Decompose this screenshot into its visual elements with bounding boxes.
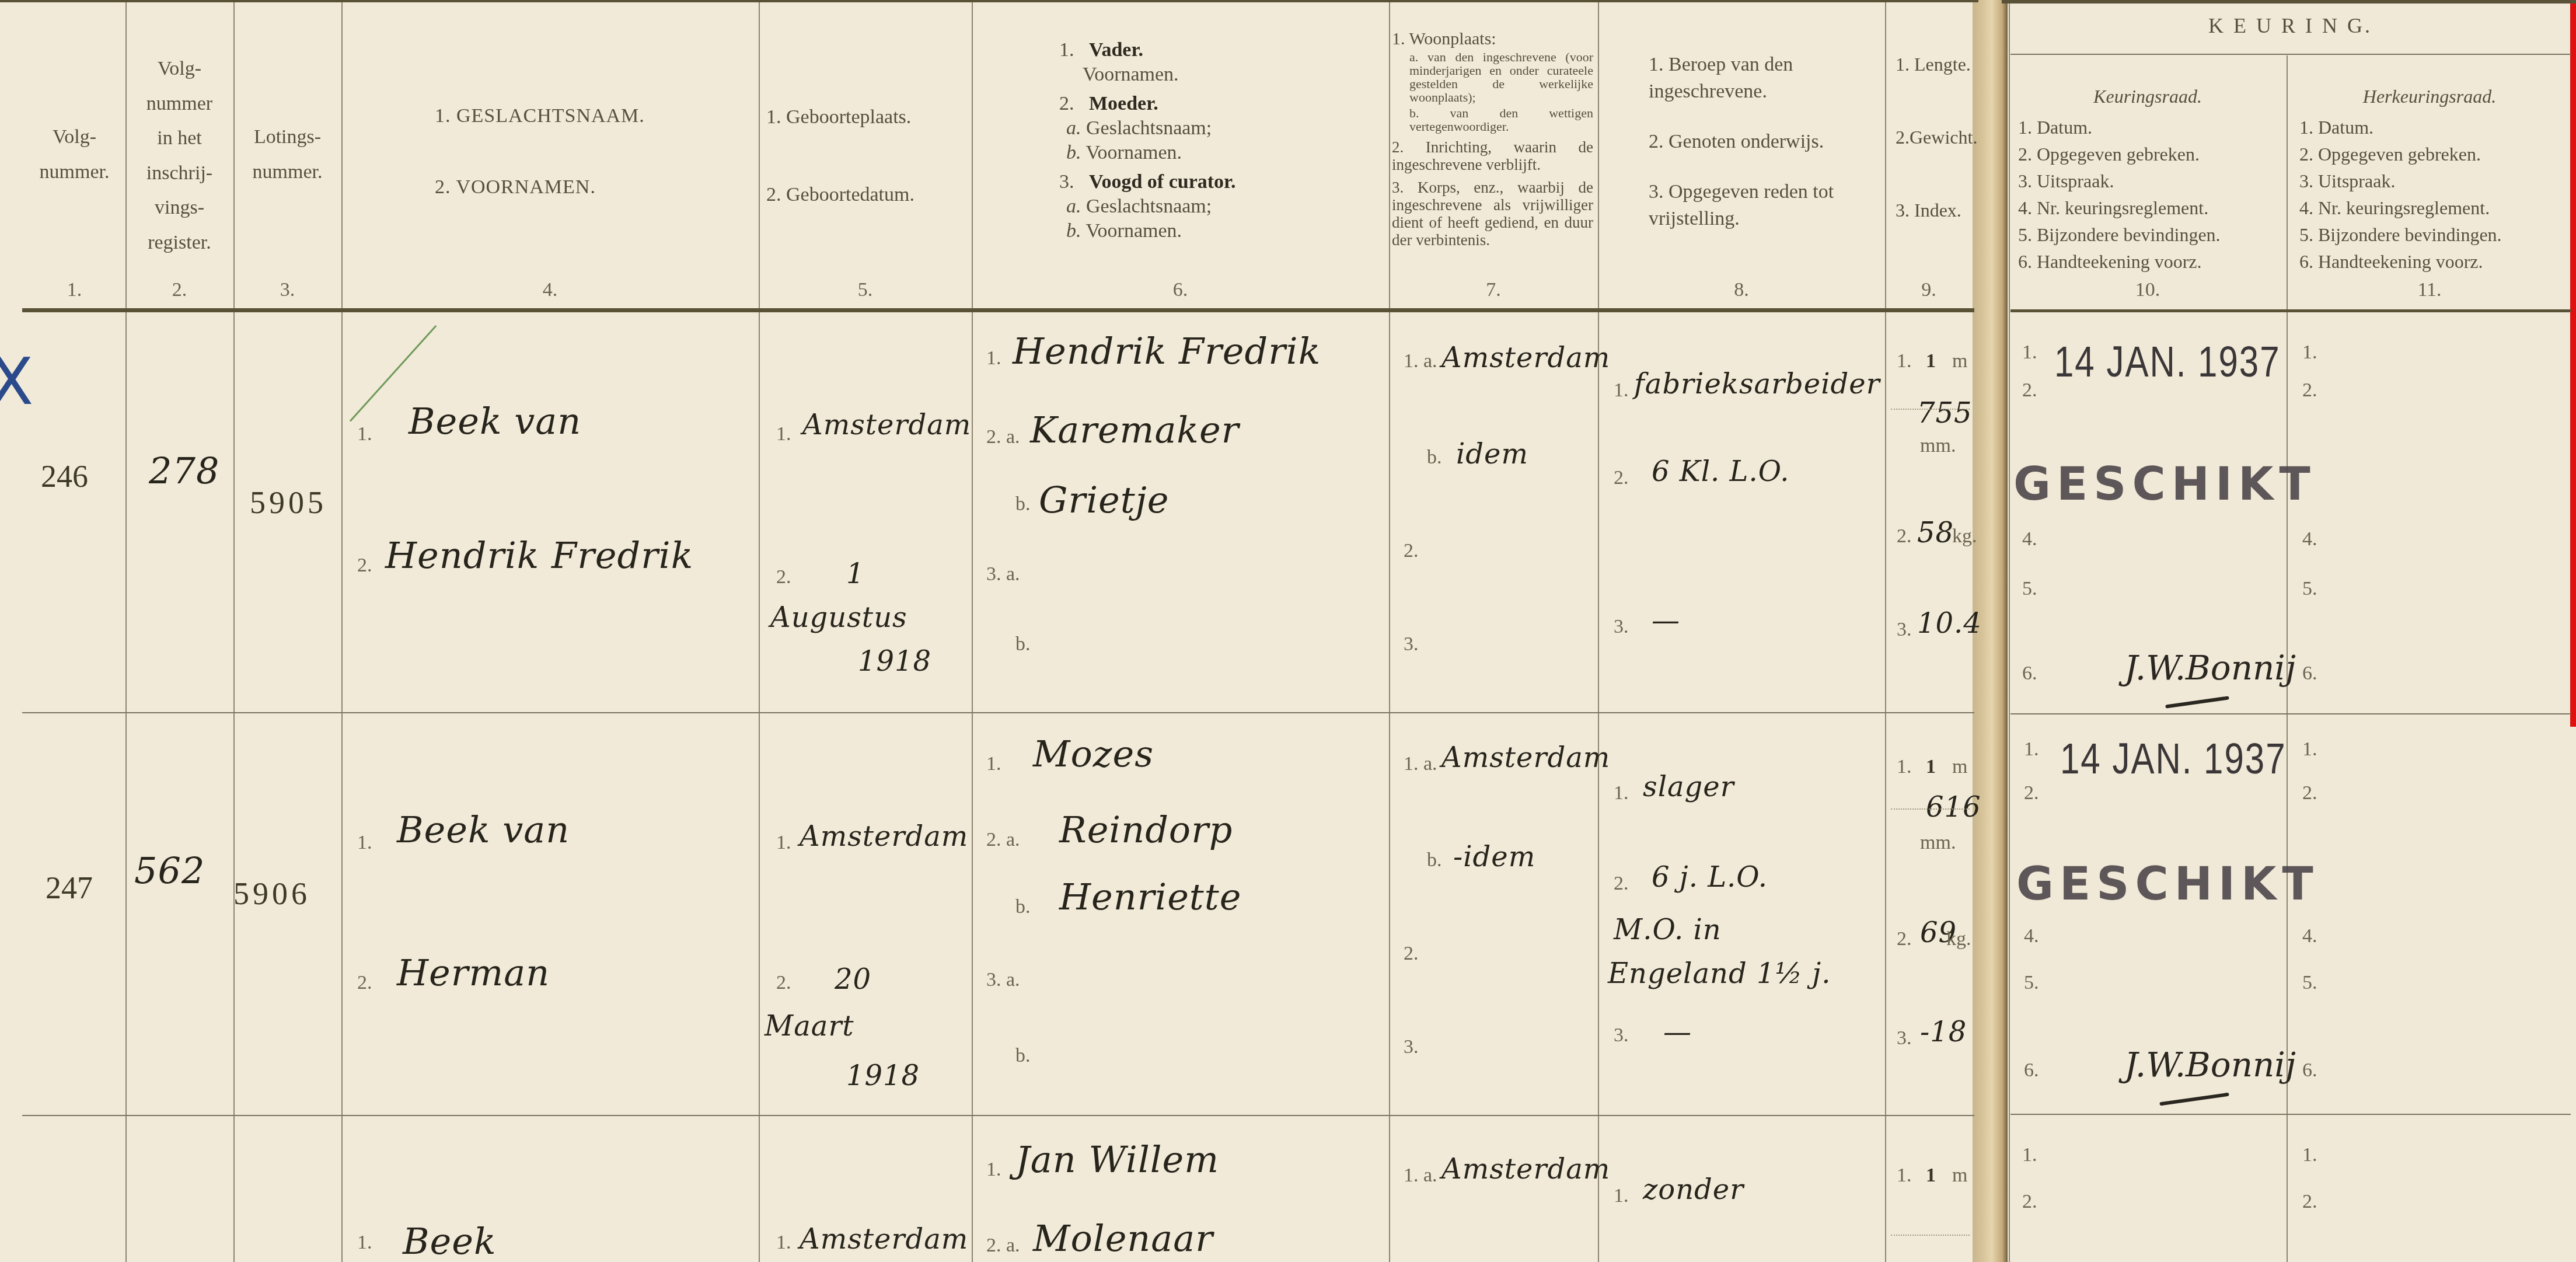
field-label: 3. — [1897, 1027, 1912, 1050]
header-num: a. — [1066, 117, 1081, 139]
row-inschrijving[interactable]: 562 — [134, 849, 205, 892]
unit-label: kg. — [1952, 525, 1977, 548]
row-onderwijs[interactable]: 6 Kl. L.O. — [1652, 455, 1789, 488]
field-label: 1. — [1614, 1185, 1629, 1207]
field-label: 1. — [2024, 738, 2039, 761]
header-text: Geslachtsnaam; — [1086, 117, 1212, 139]
herkeuringsraad-title: Herkeuringsraad. — [2287, 85, 2572, 108]
header-col9-item3: 3. Index. — [1896, 198, 1961, 222]
field-label: 2. — [2022, 1191, 2037, 1213]
header-text: 3. Opgegeven reden tot vrijstelling. — [1649, 179, 1847, 232]
header-text: inschrij- — [125, 156, 233, 191]
row-beroep[interactable]: slager — [1643, 771, 1734, 803]
field-label: 2. — [357, 555, 372, 577]
unit-label: m — [1952, 756, 1967, 778]
field-label: 1. — [1614, 782, 1629, 804]
field-label: 6. — [2024, 1059, 2039, 1082]
field-label: 2. — [1404, 540, 1419, 562]
row-woonplaats-a[interactable]: Amsterdam — [1441, 341, 1610, 374]
header-col9-item1: 1. Lengte. — [1896, 53, 1971, 76]
field-label: 2. — [1897, 525, 1912, 548]
field-label: 3. — [1897, 619, 1912, 641]
keuring-handtekening[interactable]: J.W.Bonnij — [2124, 1045, 2296, 1085]
field-label: 1. — [1897, 756, 1912, 778]
field-label: 2. — [2022, 379, 2037, 402]
field-label: 1. — [2022, 1144, 2037, 1166]
field-label: 1. — [2302, 341, 2317, 364]
row-onderwijs-extra[interactable]: M.O. in — [1614, 914, 1722, 946]
row-geboortedatum-month[interactable]: Augustus — [770, 601, 907, 634]
header-voogd: 3. Voogd of curator. — [1059, 170, 1236, 194]
field-label: 2. — [2302, 379, 2317, 402]
field-label: 1. — [986, 1159, 1001, 1181]
header-text: Volg- — [23, 120, 125, 155]
header-text: 2. Inrichting, waarin de ingeschrevene v… — [1392, 139, 1593, 173]
field-label: 2. — [1404, 943, 1419, 965]
header-text: a. van den ingeschrevene (voor minderjar… — [1392, 50, 1593, 104]
row-vader-voornamen[interactable]: Jan Willem — [1015, 1138, 1219, 1181]
col-number: 2. — [125, 279, 233, 301]
col-number: 5. — [759, 279, 972, 301]
field-label: 2. — [1897, 928, 1912, 950]
field-label: 6. — [2302, 1059, 2317, 1082]
row-moeder-geslachtsnaam[interactable]: Karemaker — [1030, 409, 1239, 451]
field-label: b. — [1015, 493, 1031, 515]
row-index[interactable]: 10.4 — [1917, 607, 1982, 640]
header-text: 2. Genoten onderwijs. — [1649, 128, 1835, 155]
field-label: 1. — [1897, 1165, 1912, 1187]
top-rule — [0, 0, 1978, 2]
col-number: 6. — [972, 279, 1389, 301]
row-geboortedatum-month[interactable]: Maart — [765, 1010, 854, 1043]
unit-label: kg. — [1946, 928, 1971, 950]
row-moeder-geslachtsnaam[interactable]: Reindorp — [1059, 808, 1233, 851]
row-woonplaats-b[interactable]: idem — [1456, 438, 1528, 470]
keuring-datum-stamp[interactable]: 14 JAN. 1937 — [2060, 733, 2287, 783]
header-text: 4. Nr. keuringsreglement. — [2299, 194, 2502, 221]
field-label: 1. — [2302, 738, 2317, 761]
field-label: 1. — [776, 832, 791, 854]
header-col8: 1. Beroep van den ingeschrevene. 2. Geno… — [1649, 51, 1882, 232]
row-loting[interactable]: 5906 — [233, 876, 310, 912]
field-label: 2. — [357, 972, 372, 994]
row-geslachtsnaam[interactable]: Beek van — [397, 808, 570, 851]
row-onderwijs[interactable]: 6 j. L.O. — [1652, 861, 1768, 894]
unit-label: m — [1952, 350, 1967, 372]
header-col5-item2: 2. Geboortedatum. — [766, 183, 914, 208]
col-divider — [1598, 0, 1599, 1262]
field-label: 4. — [2302, 925, 2317, 947]
header-text: 3. Korps, enz., waarbij de ingeschrevene… — [1392, 179, 1593, 249]
col-number: 9. — [1885, 279, 1973, 301]
row-beroep[interactable]: fabrieksarbeider — [1634, 368, 1880, 400]
col-number: 7. — [1389, 279, 1598, 301]
header-text: in het — [125, 121, 233, 156]
header-col3: Lotings- nummer. — [233, 120, 341, 189]
header-col6: 1. Vader. Voornamen. 2. Moeder. a. Gesla… — [1059, 38, 1236, 243]
header-rule — [2010, 309, 2571, 312]
row-woonplaats-a[interactable]: Amsterdam — [1441, 741, 1610, 774]
header-col4-item1: 1. GESLACHTSNAAM. — [435, 104, 645, 129]
col-number: 3. — [233, 279, 341, 301]
field-label: 1. a. — [1404, 753, 1437, 775]
field-label: b. — [1015, 633, 1031, 656]
header-text: 6. Handteekening voorz. — [2299, 248, 2502, 275]
field-label: 3. a. — [986, 563, 1020, 585]
row-woonplaats-b[interactable]: -idem — [1453, 841, 1535, 873]
field-label: 6. — [2302, 663, 2317, 685]
dotted-guide — [1891, 808, 1970, 810]
dotted-guide — [1891, 1235, 1970, 1236]
unit-label: mm. — [1920, 435, 1956, 457]
row-vader-voornamen[interactable]: Mozes — [1033, 733, 1154, 775]
keuringsraad-items: 1. Datum. 2. Opgegeven gebreken. 3. Uits… — [2018, 114, 2221, 275]
header-text: Voogd of curator. — [1089, 171, 1236, 193]
header-text: Moeder. — [1089, 93, 1158, 114]
row-geboortedatum-year[interactable]: 1918 — [858, 645, 931, 678]
field-label: 1. — [1614, 379, 1629, 402]
field-label: b. — [1015, 896, 1031, 918]
row-lengte-cm[interactable]: 616 — [1926, 791, 1981, 824]
field-label: 6. — [2022, 663, 2037, 685]
dotted-guide — [1891, 409, 1970, 410]
header-moeder-a: a. Geslachtsnaam; — [1059, 116, 1236, 141]
red-edge-marker — [2570, 0, 2576, 727]
field-label: 1. a. — [1404, 1165, 1437, 1187]
field-label: 1. — [1897, 350, 1912, 372]
header-rule — [22, 308, 1974, 312]
row-geboorteplaats[interactable]: Amsterdam — [800, 1223, 968, 1256]
field-label: 5. — [2022, 578, 2037, 600]
header-text: Voornamen. — [1085, 220, 1182, 242]
field-label: 5. — [2024, 972, 2039, 994]
row-moeder-geslachtsnaam[interactable]: Molenaar — [1033, 1217, 1213, 1260]
field-label: 2. — [2024, 782, 2039, 804]
keuring-uitspraak-stamp[interactable]: GESCHIKT — [2016, 858, 2319, 911]
unit-label: m — [1952, 1165, 1967, 1187]
header-text: 2. Opgegeven gebreken. — [2299, 141, 2502, 168]
field-label: 2. — [2302, 782, 2317, 804]
header-text: Lotings- — [233, 120, 341, 155]
field-label: 5. — [2302, 578, 2317, 600]
row-beroep[interactable]: zonder — [1643, 1173, 1744, 1206]
col-divider — [2009, 0, 2010, 1262]
row-geboortedatum-day[interactable]: 1 — [846, 557, 865, 590]
row-lengte-m[interactable]: 1 — [1926, 1165, 1936, 1187]
field-label: 1. — [357, 423, 372, 445]
header-col2: Volg- nummer in het inschrij- vings- reg… — [125, 51, 233, 260]
row-rule — [2010, 713, 2571, 714]
herkeuringsraad-items: 1. Datum. 2. Opgegeven gebreken. 3. Uits… — [2299, 114, 2502, 275]
row-geboorteplaats[interactable]: Amsterdam — [802, 409, 971, 441]
header-text: nummer — [125, 86, 233, 121]
col-divider — [972, 0, 973, 1262]
header-text: nummer. — [23, 155, 125, 190]
field-label: 1. a. — [1404, 350, 1437, 372]
header-text: register. — [125, 225, 233, 260]
row-volgnummer[interactable]: 247 — [46, 870, 93, 906]
keuring-handtekening[interactable]: J.W.Bonnij — [2124, 648, 2296, 688]
header-text: 1. Woonplaats: — [1392, 28, 1593, 50]
field-label: 1. — [776, 1232, 791, 1254]
field-label: 1. — [357, 832, 372, 854]
header-col9-item2: 2.Gewicht. — [1896, 125, 1977, 149]
keuring-uitspraak-stamp[interactable]: GESCHIKT — [2013, 458, 2316, 511]
header-text: 1. Datum. — [2299, 114, 2502, 141]
field-label: 1. — [2302, 1144, 2317, 1166]
header-num: b. — [1066, 142, 1081, 163]
header-text: Geslachtsnaam; — [1086, 196, 1212, 217]
header-moeder: 2. Moeder. — [1059, 92, 1236, 116]
col-number: 10. — [2009, 279, 2287, 301]
header-num: b. — [1066, 220, 1081, 242]
header-text: 5. Bijzondere bevindingen. — [2018, 221, 2221, 248]
header-text: 6. Handteekening voorz. — [2018, 248, 2221, 275]
header-text: 2. Opgegeven gebreken. — [2018, 141, 2221, 168]
field-label: 2. — [2302, 1191, 2317, 1213]
row-vrijstelling[interactable]: — — [1652, 604, 1680, 637]
row-moeder-voornamen[interactable]: Grietje — [1039, 479, 1170, 521]
row-vader-voornamen[interactable]: Hendrik Fredrik — [1013, 330, 1321, 372]
field-label: 3. — [1404, 1036, 1419, 1058]
row-inschrijving[interactable]: 278 — [149, 449, 219, 492]
header-col5-item1: 1. Geboorteplaats. — [766, 105, 911, 130]
header-voogd-b: b. Voornamen. — [1059, 219, 1236, 243]
unit-label: mm. — [1920, 832, 1956, 854]
field-label: 3. — [1614, 616, 1629, 638]
header-text: 5. Bijzondere bevindingen. — [2299, 221, 2502, 248]
header-moeder-b: b. Voornamen. — [1059, 141, 1236, 165]
field-label: 4. — [2024, 925, 2039, 947]
row-moeder-voornamen[interactable]: Henriette — [1059, 876, 1241, 918]
row-voornamen[interactable]: Hendrik Fredrik — [385, 534, 693, 577]
field-label: 4. — [2022, 528, 2037, 550]
field-label: 5. — [2302, 972, 2317, 994]
row-rule — [22, 1115, 1974, 1116]
header-text: 1. Beroep van den ingeschrevene. — [1649, 51, 1859, 105]
keuring-title-rule — [2010, 54, 2571, 55]
field-label: 2. a. — [986, 426, 1020, 448]
col-divider — [341, 0, 343, 1262]
header-text: Voornamen. — [1085, 142, 1182, 163]
col-divider — [759, 0, 760, 1262]
field-label: 1. — [2022, 341, 2037, 364]
header-text: 3. Uitspraak. — [2299, 168, 2502, 194]
row-vrijstelling[interactable]: — — [1663, 1016, 1692, 1048]
field-label: 2. — [1614, 873, 1629, 895]
row-rule — [2010, 1114, 2571, 1115]
header-voogd-a: a. Geslachtsnaam; — [1059, 194, 1236, 219]
header-text: Volg- — [125, 51, 233, 86]
row-loting[interactable]: 5905 — [250, 484, 327, 521]
header-col1: Volg- nummer. — [23, 120, 125, 189]
field-label: 1. — [776, 423, 791, 445]
col-number: 1. — [23, 279, 125, 301]
col-number: 4. — [341, 279, 759, 301]
row-geboortedatum-year[interactable]: 1918 — [846, 1059, 920, 1092]
field-label: 2. a. — [986, 829, 1020, 851]
row-onderwijs-extra[interactable]: Engeland 1½ j. — [1608, 957, 1831, 990]
header-text: nummer. — [233, 155, 341, 190]
header-num: 3. — [1059, 171, 1074, 193]
row-lengte-m[interactable]: 1 — [1926, 756, 1936, 778]
field-label: b. — [1015, 1045, 1031, 1067]
field-label: b. — [1427, 447, 1442, 469]
field-label: 2. a. — [986, 1235, 1020, 1257]
row-geslachtsnaam[interactable]: Beek — [403, 1220, 497, 1262]
field-label: 2. — [1614, 467, 1629, 489]
row-geslachtsnaam[interactable]: Beek van — [409, 400, 581, 442]
cross-mark: X — [0, 344, 33, 419]
top-rule — [2002, 0, 2576, 4]
header-text: b. van den wettigen vertegenwoordiger. — [1392, 106, 1593, 133]
row-volgnummer[interactable]: 246 — [41, 458, 88, 494]
header-num: 1. — [1059, 39, 1074, 61]
row-geboortedatum-day[interactable]: 20 — [835, 963, 871, 996]
header-col4-item2: 2. VOORNAMEN. — [435, 175, 596, 200]
field-label: 1. — [986, 753, 1001, 775]
field-label: 3. — [1404, 633, 1419, 656]
field-label: 2. — [776, 566, 791, 588]
row-woonplaats-a[interactable]: Amsterdam — [1441, 1153, 1610, 1186]
header-text: 3. Uitspraak. — [2018, 168, 2221, 194]
field-label: 3. a. — [986, 969, 1020, 991]
keuring-datum-stamp[interactable]: 14 JAN. 1937 — [2054, 336, 2281, 386]
field-label: 1. — [986, 347, 1001, 369]
keuringsraad-title: Keuringsraad. — [2009, 85, 2287, 108]
header-num: 2. — [1059, 93, 1074, 114]
row-geboorteplaats[interactable]: Amsterdam — [800, 820, 968, 853]
field-label: 2. — [776, 972, 791, 994]
row-lengte-m[interactable]: 1 — [1926, 350, 1936, 372]
field-label: 1. — [357, 1232, 372, 1254]
header-vader: 1. Vader. — [1059, 38, 1236, 62]
row-voornamen[interactable]: Herman — [397, 951, 550, 994]
header-text: Voornamen. — [1059, 62, 1236, 87]
col-divider — [233, 0, 235, 1262]
row-index[interactable]: -18 — [1920, 1016, 1967, 1048]
row-rule — [22, 712, 1974, 713]
field-label: 4. — [2302, 528, 2317, 550]
header-text: Vader. — [1089, 39, 1143, 61]
col-divider — [1885, 0, 1886, 1262]
header-col7: 1. Woonplaats: a. van den ingeschrevene … — [1392, 28, 1593, 249]
keuring-title: K E U R I N G. — [2009, 13, 2572, 39]
col-number: 8. — [1598, 279, 1885, 301]
field-label: 3. — [1614, 1024, 1629, 1047]
col-number: 11. — [2287, 279, 2572, 301]
row-lengte-cm[interactable]: 755 — [1917, 397, 1973, 430]
row-gewicht[interactable]: 58 — [1917, 517, 1954, 549]
col-divider — [1389, 0, 1390, 1262]
header-num: a. — [1066, 196, 1081, 217]
header-text: vings- — [125, 190, 233, 225]
header-text: 1. Datum. — [2018, 114, 2221, 141]
header-text: 4. Nr. keuringsreglement. — [2018, 194, 2221, 221]
field-label: b. — [1427, 849, 1442, 871]
